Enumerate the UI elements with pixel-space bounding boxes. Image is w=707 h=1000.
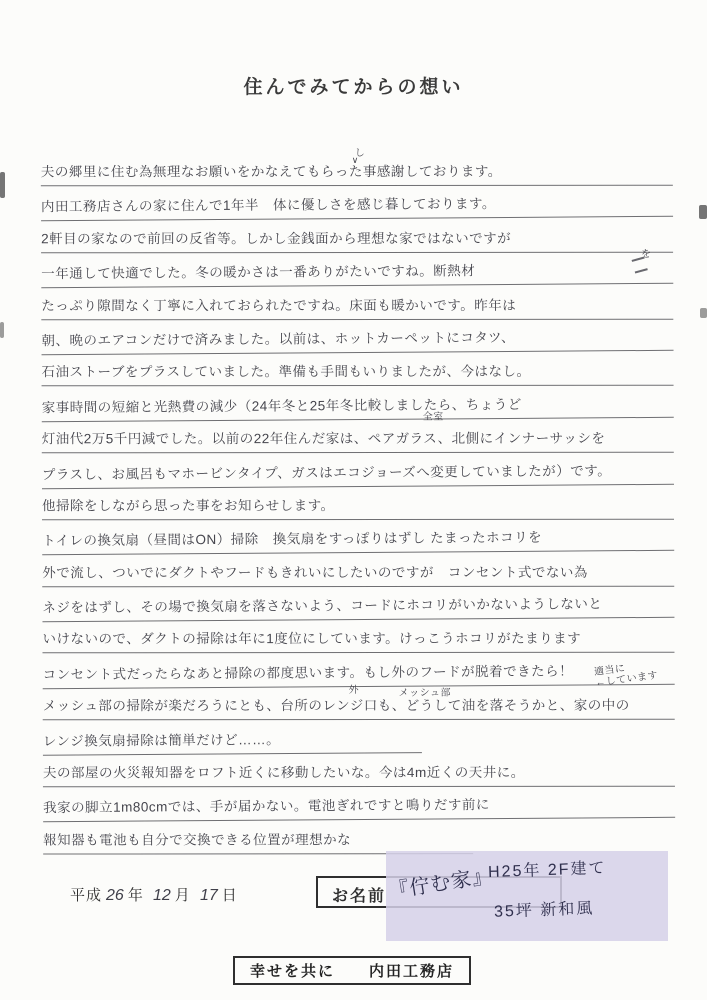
scan-artifact (0, 322, 4, 338)
handwritten-line: 内田工務店さんの家に住んで1年半 体に優しさを感じ暮しております。 (41, 184, 673, 222)
handwritten-line: 他掃除をしながら思った事をお知らせします。 (42, 487, 674, 521)
footer-company: 内田工務店 (369, 960, 454, 981)
handwritten-line: 灯油代2万5千円減でした。以前の22年住んだ家は、ペアガラス、北側にインナーサッ… (42, 420, 674, 454)
insertion-note-soto: 外 (349, 681, 360, 696)
name-highlight-area: 『佇む家』 H25年 2F建て 35坪 新和風 (386, 851, 668, 941)
handwritten-line: 報知器も電池も自分で交換できる位置が理想かな (43, 821, 473, 855)
scan-artifact (699, 205, 707, 219)
month-value: 12 (149, 887, 175, 904)
insertion-note-mesh: メッシュ部 (399, 684, 451, 699)
footer-box: 幸せを共に 内田工務店 (233, 956, 471, 985)
page-title: 住んでみてからの想い (0, 72, 707, 99)
handwritten-line: ネジをはずし、その場で換気扇を落さないよう、コードにホコリがいかないようしないと (42, 585, 674, 623)
handwritten-line: 石油ストーブをプラスしていました。準備も手間もいりましたが、今はなし。 (42, 353, 674, 387)
footer-slogan: 幸せを共に (250, 960, 335, 981)
house-detail-bottom: 35坪 新和風 (494, 895, 595, 921)
scan-artifact (0, 172, 5, 198)
handwritten-line: 我家の脚立1m80cmでは、手が届かない。電池ぎれですと鳴りだす前に (43, 785, 675, 823)
day-unit: 日 (222, 887, 238, 904)
year-unit: 年 (128, 887, 144, 904)
name-label: お名前 (332, 883, 386, 906)
handwritten-line: トイレの換気扇（昼間はON）掃除 換気扇をすっぽりはずし たまったホコリを (42, 518, 674, 556)
scan-artifact (700, 308, 707, 318)
handwritten-line: 夫の部屋の火災報知器をロフト近くに移動したいな。今は4m近くの天井に。 (43, 754, 675, 788)
insertion-note-zenshitsu: 全室 (423, 408, 444, 423)
handwritten-line: 一年通して快適でした。冬の暖かさは一番ありがたいですね。断熱材 (41, 251, 673, 289)
handwritten-line: 朝、晩のエアコンだけで済みました。以前は、ホットカーペットにコタツ、 (41, 318, 673, 356)
insertion-caret: ∨ (352, 155, 359, 166)
house-detail-top: H25年 2F建て (488, 855, 607, 882)
handwritten-line: 2軒目の家なので前回の反省等。しかし金銭面から理想な家ではないですが (41, 220, 673, 254)
handwritten-line: レンジ換気扇掃除は簡単だけど……。 (43, 720, 422, 756)
era-label: 平成 (70, 887, 102, 904)
handwritten-line: プラスし、お風呂もマホービンタイプ、ガスはエコジョーズへ変更していましたが）です… (42, 451, 674, 489)
day-value: 17 (196, 887, 222, 904)
handwritten-body: 夫の郷里に住む為無理なお願いをかなえてもらった事感謝しております。 内田工務店さ… (41, 152, 675, 855)
handwritten-line: 外で流し、ついでにダクトやフードもきれいにしたいのですが コンセント式でない為 (42, 553, 674, 587)
month-unit: 月 (175, 887, 191, 904)
date-line: 平成26年 12月 17日 (70, 884, 238, 905)
handwritten-line: たっぷり隙間なく丁寧に入れておられたですね。床面も暖かいです。昨年は (41, 286, 673, 320)
house-name-value: 『佇む家』 (386, 859, 494, 904)
handwritten-line: いけないので、ダクトの掃除は年に1度位にしています。けっこうホコリがたまります (42, 620, 674, 654)
year-value: 26 (102, 887, 128, 904)
handwritten-line: 家事時間の短縮と光熱費の減少（24年冬と25年冬比較しましたら、ちょうど (42, 385, 674, 423)
scanned-document-page: 住んでみてからの想い 夫の郷里に住む為無理なお願いをかなえてもらった事感謝してお… (0, 0, 707, 1000)
